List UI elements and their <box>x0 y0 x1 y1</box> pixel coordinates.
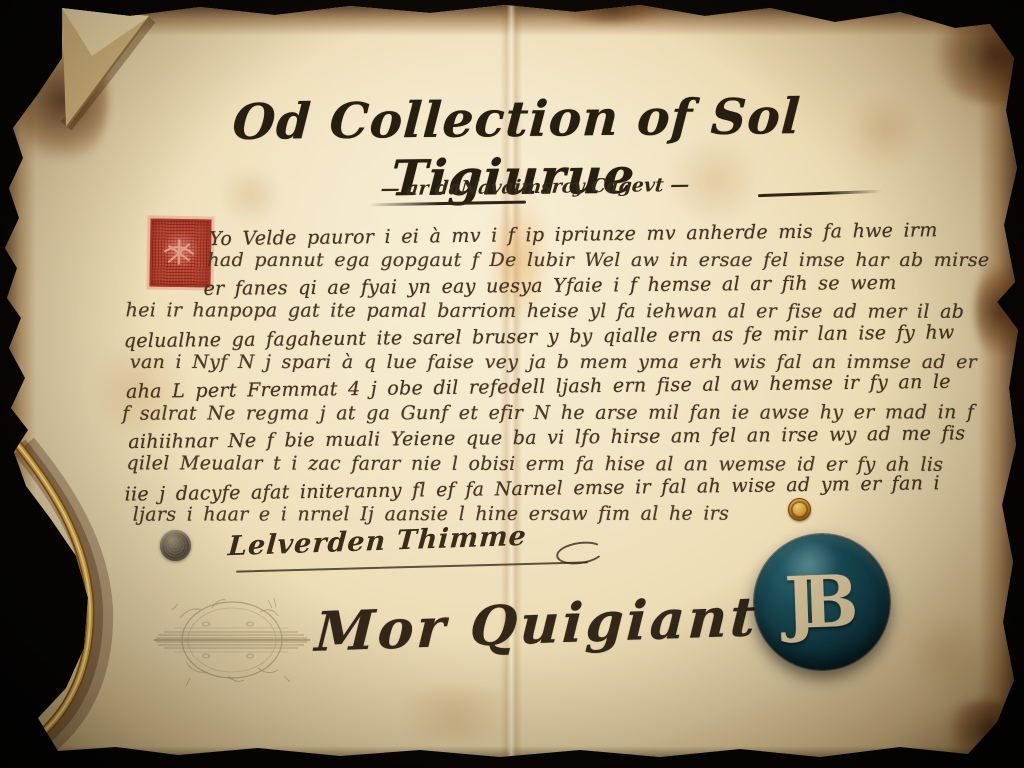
wax-seal-monogram: JB <box>784 559 860 646</box>
burnt-edge-top <box>0 0 1024 36</box>
closing-inscription: Mor Quigiant <box>313 584 759 664</box>
top-left-curl <box>22 0 172 160</box>
photo-stage: Od Collection of Sol Tigiurue — ar daNav… <box>0 0 1024 768</box>
scorch-mark <box>18 30 108 170</box>
engraved-emblem <box>150 588 310 693</box>
age-stain <box>380 690 530 740</box>
burnt-edge-left <box>0 0 36 768</box>
body-line: had pannut ega gopgaut f De lubir Wel aw… <box>207 249 915 274</box>
manuscript-body: Yo Velde pauror i ei à mv i f ip ipriunz… <box>123 222 917 531</box>
scorch-mark <box>930 5 1024 105</box>
scorch-mark <box>975 255 1024 365</box>
burnt-edge-right <box>978 0 1024 768</box>
age-stain <box>905 610 995 700</box>
scorch-mark <box>545 0 675 22</box>
burnt-edge-bottom <box>0 746 1024 768</box>
manuscript-paper: Od Collection of Sol Tigiurue — ar daNav… <box>0 0 1024 768</box>
signature-underline <box>236 561 588 572</box>
wax-seal: JB <box>754 534 890 670</box>
bottom-left-curl <box>0 428 130 758</box>
body-line: er fanes qi ae fyai yn eay uesya Yfaie i… <box>203 271 915 303</box>
scorch-mark <box>940 700 1024 760</box>
embossed-gray-seal <box>160 530 191 561</box>
gold-wafer-seal <box>788 498 811 521</box>
